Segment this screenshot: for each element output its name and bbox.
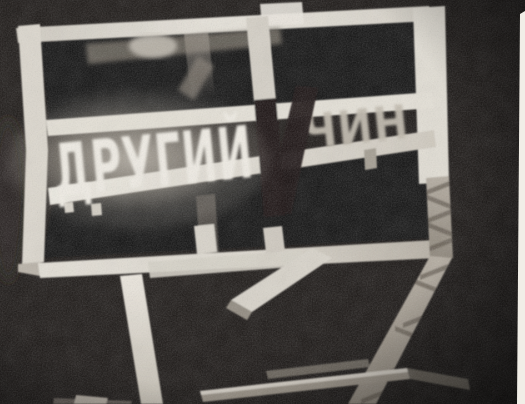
photograph: ДРУГИЙ ЧИН — [0, 0, 525, 404]
vignette — [0, 0, 525, 404]
photo-canvas: ДРУГИЙ ЧИН — [0, 0, 525, 404]
